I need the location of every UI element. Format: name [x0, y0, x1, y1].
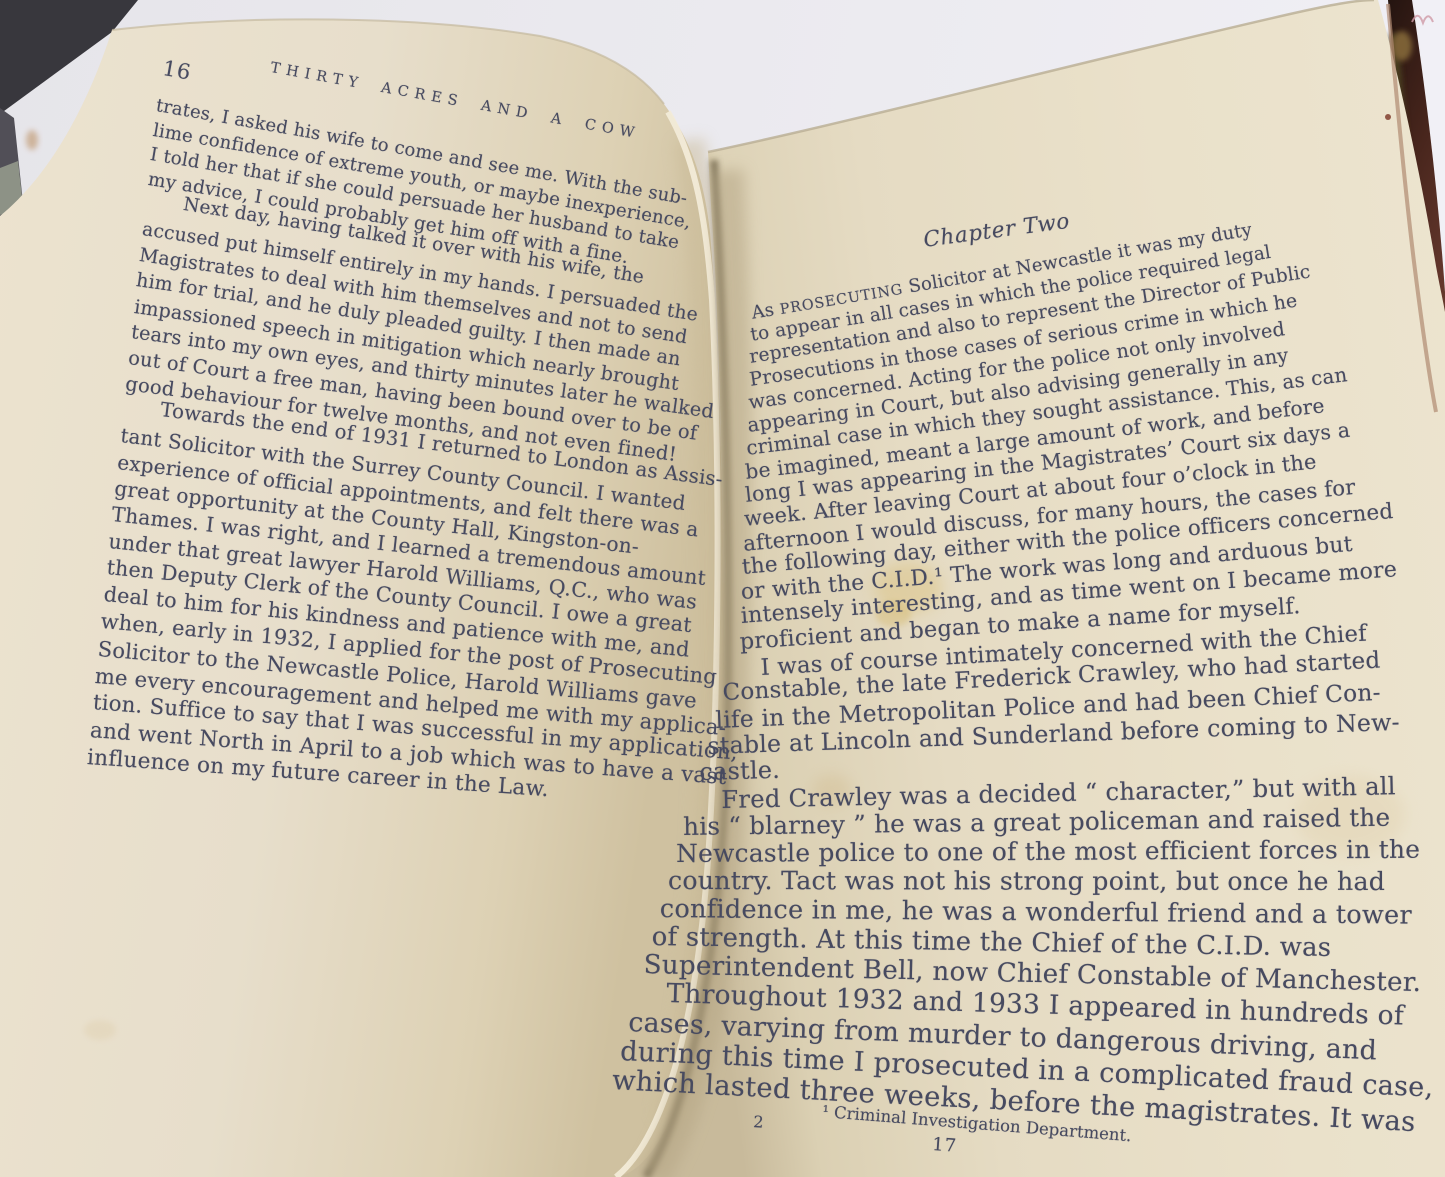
chapter-heading: Chapter Two — [922, 209, 1071, 253]
right-page-number: 17 — [932, 1134, 958, 1157]
text-line: Newcastle police to one of the most effi… — [676, 835, 1420, 868]
page-text-layer: 16 THIRTY ACRES AND A COW trates, I aske… — [0, 0, 1445, 1177]
text-line: castle. — [699, 756, 780, 786]
signature-mark: 2 — [753, 1112, 764, 1132]
text-line: country. Tact was not his strong point, … — [668, 866, 1385, 896]
left-page-number: 16 — [161, 56, 193, 85]
open-book-photo: 16 THIRTY ACRES AND A COW trates, I aske… — [0, 0, 1445, 1177]
